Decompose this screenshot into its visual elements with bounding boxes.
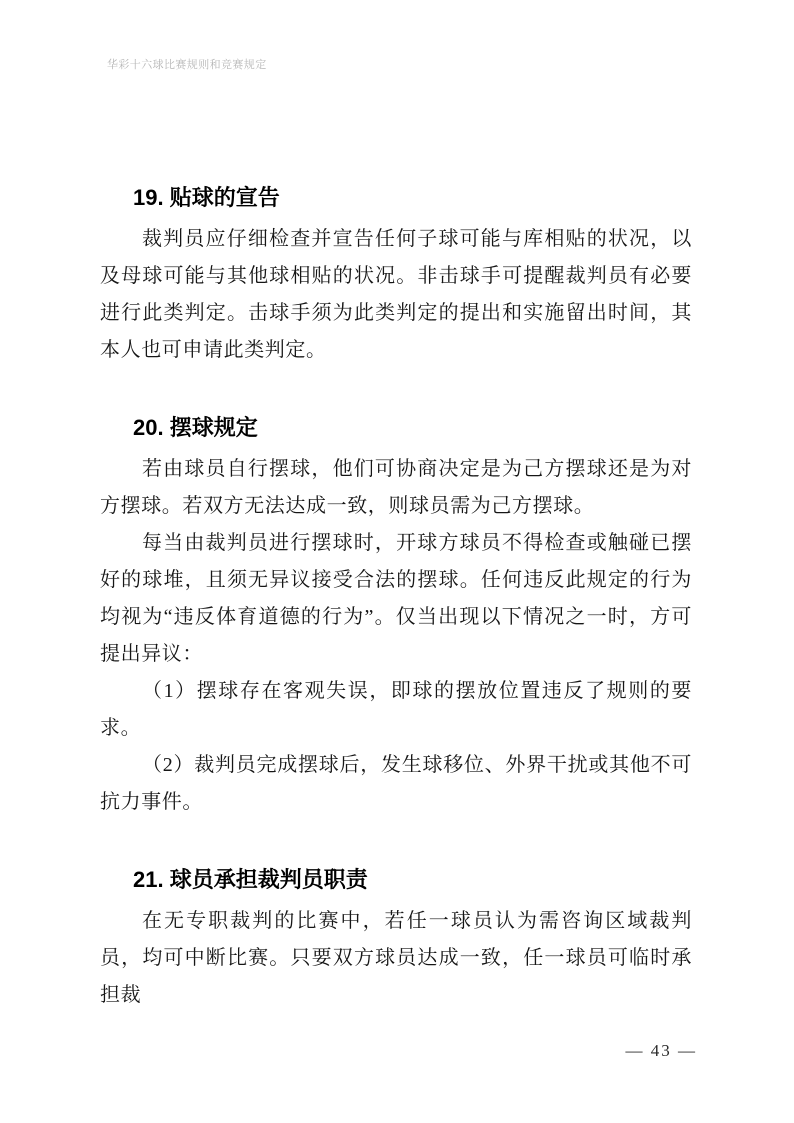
section-20-paragraph-2: 每当由裁判员进行摆球时，开球方球员不得检查或触碰已摆好的球堆，且须无异议接受合法… bbox=[100, 525, 692, 673]
section-20-list-item-1: （1）摆球存在客观失误，即球的摆放位置违反了规则的要求。 bbox=[100, 673, 692, 747]
section-heading-19: 19. 贴球的宣告 bbox=[100, 183, 692, 213]
section-19-paragraph-1: 裁判员应仔细检查并宣告任何子球可能与库相贴的状况，以及母球可能与其他球相贴的状况… bbox=[100, 221, 692, 369]
section-20-paragraph-1: 若由球员自行摆球，他们可协商决定是为己方摆球还是为对方摆球。若双方无法达成一致，… bbox=[100, 451, 692, 525]
page-content: 19. 贴球的宣告 裁判员应仔细检查并宣告任何子球可能与库相贴的状况，以及母球可… bbox=[100, 0, 692, 1014]
section-heading-20: 20. 摆球规定 bbox=[100, 413, 692, 443]
document-page: 华彩十六球比赛规则和竞赛规定 19. 贴球的宣告 裁判员应仔细检查并宣告任何子球… bbox=[0, 0, 794, 1123]
section-21-paragraph-1: 在无专职裁判的比赛中，若任一球员认为需咨询区域裁判员，均可中断比赛。只要双方球员… bbox=[100, 903, 692, 1014]
section-heading-21: 21. 球员承担裁判员职责 bbox=[100, 865, 692, 895]
page-number: — 43 — bbox=[626, 1041, 698, 1061]
section-20-list-item-2: （2）裁判员完成摆球后，发生球移位、外界干扰或其他不可抗力事件。 bbox=[100, 747, 692, 821]
